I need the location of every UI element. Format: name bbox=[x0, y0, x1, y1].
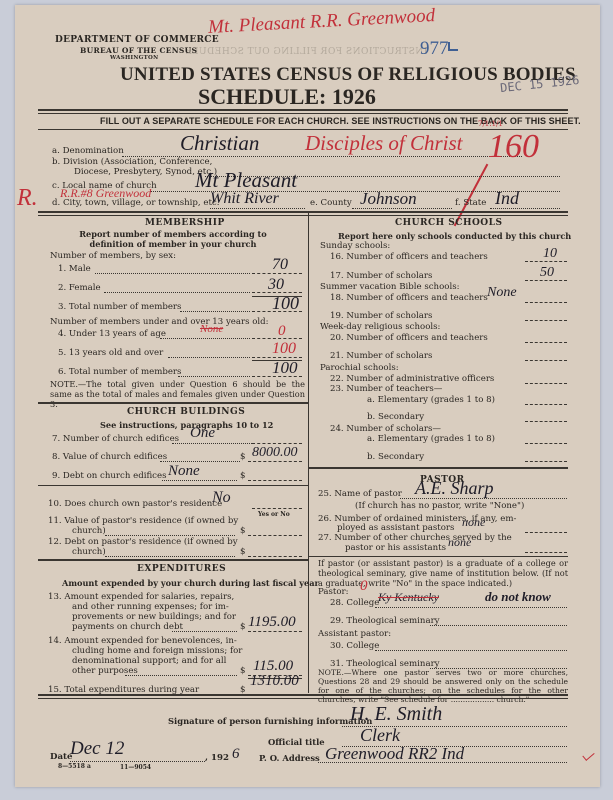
q16-value: 10 bbox=[543, 246, 557, 262]
q9-field[interactable] bbox=[248, 480, 302, 481]
parochial-heading: Parochial schools: bbox=[320, 363, 399, 373]
q25-value: A.E. Sharp bbox=[415, 478, 494, 499]
q6-label: 6. Total number of members bbox=[58, 367, 181, 377]
q22-label: 22. Number of administrative officers bbox=[330, 374, 494, 384]
q12-leader bbox=[105, 556, 235, 557]
q12-label-1: 12. Debt on pastor's residence (if owned… bbox=[48, 537, 238, 547]
q27-label-2: pastor or his assistants bbox=[345, 543, 446, 553]
q10-value: No bbox=[212, 489, 231, 507]
q24a-field[interactable] bbox=[525, 443, 567, 444]
q27-label-1: 27. Number of other churches served by t… bbox=[318, 533, 512, 543]
graduate-rule bbox=[308, 556, 568, 557]
q12-field[interactable] bbox=[248, 556, 302, 557]
section-rule-pastor bbox=[308, 467, 568, 469]
q20-label: 20. Number of officers and teachers bbox=[330, 333, 488, 343]
q2-label: 2. Female bbox=[58, 283, 101, 293]
q28-field[interactable] bbox=[375, 607, 567, 608]
code-mark: 7/1:1/1 bbox=[478, 120, 503, 128]
city-label: d. City, town, village, or township, etc… bbox=[52, 198, 219, 208]
q10-label: 10. Does church own pastor's residence bbox=[48, 499, 222, 509]
q26-value: none bbox=[462, 515, 485, 530]
q8-leader bbox=[160, 461, 240, 462]
official-title-value: Clerk bbox=[360, 725, 400, 746]
q11-leader bbox=[105, 535, 235, 536]
q9-currency: $ bbox=[240, 471, 245, 481]
q9-value: None bbox=[168, 463, 200, 480]
q9-leader bbox=[162, 480, 237, 481]
q24-label: 24. Number of scholars— bbox=[330, 424, 441, 434]
bureau-label: BUREAU OF THE CENSUS bbox=[80, 46, 197, 55]
q13-line-1: 13. Amount expended for salaries, repair… bbox=[48, 592, 234, 602]
q14-line-3: denominational support; and for all bbox=[72, 656, 226, 666]
q22-field[interactable] bbox=[525, 383, 567, 384]
q27-value: none bbox=[448, 535, 471, 550]
county-value: Johnson bbox=[360, 189, 417, 209]
q1-label: 1. Male bbox=[58, 264, 91, 274]
department-label: DEPARTMENT OF COMMERCE bbox=[55, 35, 219, 45]
red-tally-number: 160 bbox=[488, 128, 539, 166]
q28-crossed-value: Ky Kentucky bbox=[378, 590, 439, 605]
church-buildings-subtitle: See instructions, paragraphs 10 to 12 bbox=[100, 420, 273, 430]
q4-leader bbox=[160, 338, 250, 339]
q13-currency: $ bbox=[240, 622, 245, 632]
q10-field[interactable] bbox=[252, 508, 302, 509]
q25-hint: (If church has no pastor, write "None") bbox=[355, 501, 524, 511]
q18-label: 18. Number of officers and teachers bbox=[330, 293, 488, 303]
q20-field[interactable] bbox=[525, 342, 567, 343]
q28-label: 28. College bbox=[330, 598, 379, 608]
q23a-label: a. Elementary (grades 1 to 8) bbox=[367, 395, 495, 405]
form-code-2: 11—9054 bbox=[120, 764, 151, 771]
instruction-banner: FILL OUT A SEPARATE SCHEDULE FOR EACH CH… bbox=[100, 116, 581, 126]
q25-label: 25. Name of pastor bbox=[318, 489, 402, 499]
q1-leader bbox=[95, 273, 250, 274]
q4-crossed-value: None bbox=[200, 323, 223, 335]
state-value: Ind bbox=[495, 188, 519, 209]
q4-field[interactable] bbox=[252, 338, 302, 339]
buildings-rule bbox=[38, 485, 308, 486]
q11-currency: $ bbox=[240, 526, 245, 536]
sunday-heading: Sunday schools: bbox=[320, 241, 390, 251]
check-mark-icon bbox=[448, 42, 458, 51]
denomination-label: a. Denomination bbox=[52, 146, 124, 156]
q7-leader bbox=[172, 443, 252, 444]
q13-line-2: and other running expenses; for im- bbox=[72, 602, 229, 612]
q14-line-1: 14. Amount expended for benevolences, in… bbox=[48, 636, 237, 646]
q19-label: 19. Number of scholars bbox=[330, 311, 432, 321]
q19-field[interactable] bbox=[525, 320, 567, 321]
q29-label: 29. Theological seminary bbox=[330, 616, 440, 626]
graduate-note: If pastor (or assistant pastor) is a gra… bbox=[318, 558, 568, 588]
q4-value: 0 bbox=[278, 323, 286, 340]
q30-label: 30. College bbox=[330, 641, 379, 651]
q14-currency: $ bbox=[240, 666, 245, 676]
yes-no-hint: Yes or No bbox=[258, 511, 290, 518]
section-rule bbox=[38, 211, 568, 216]
q24a-label: a. Elementary (grades 1 to 8) bbox=[367, 434, 495, 444]
q28-value: do not know bbox=[485, 589, 551, 605]
city-label: WASHINGTON bbox=[110, 55, 158, 61]
county-label: e. County bbox=[310, 198, 352, 208]
q23-label: 23. Number of teachers— bbox=[330, 384, 442, 394]
q16-label: 16. Number of officers and teachers bbox=[330, 252, 488, 262]
pastor-heading: Pastor: bbox=[318, 587, 349, 597]
q8-currency: $ bbox=[240, 452, 245, 462]
q12-currency: $ bbox=[240, 547, 245, 557]
q9-label: 9. Debt on church edifices bbox=[52, 471, 166, 481]
q5-label: 5. 13 years old and over bbox=[58, 348, 163, 358]
date-field[interactable] bbox=[70, 761, 205, 762]
q26-label-2: ployed as assistant pastors bbox=[337, 523, 454, 533]
weekday-heading: Week-day religious schools: bbox=[320, 322, 440, 332]
assistant-heading: Assistant pastor: bbox=[318, 629, 391, 639]
q4-label: 4. Under 13 years of age bbox=[58, 329, 166, 339]
q3-leader bbox=[180, 311, 250, 312]
q1-value: 70 bbox=[272, 256, 288, 274]
q2-value: 30 bbox=[268, 276, 284, 294]
form-code-1: 8—5518 a bbox=[58, 763, 91, 770]
q13-line-4: payments on church debt bbox=[72, 622, 183, 632]
church-schools-subtitle: Report here only schools conducted by th… bbox=[338, 231, 571, 241]
q11-label-2: church) bbox=[72, 526, 106, 536]
expenditures-title: EXPENDITURES bbox=[137, 564, 226, 574]
church-buildings-title: CHURCH BUILDINGS bbox=[127, 407, 245, 417]
form-number: 977 bbox=[420, 38, 449, 60]
state-field[interactable] bbox=[490, 208, 560, 209]
q17-value: 50 bbox=[540, 265, 554, 281]
bleed-through-text: INSTRUCTIONS FOR FILLING OUT SCHEDULE bbox=[185, 47, 427, 57]
q21-field[interactable] bbox=[525, 360, 567, 361]
header-rule bbox=[38, 109, 568, 114]
q24b-field[interactable] bbox=[525, 461, 567, 462]
q23b-label: b. Secondary bbox=[367, 412, 424, 422]
membership-title: MEMBERSHIP bbox=[145, 218, 225, 228]
denomination-value-red: Disciples of Christ bbox=[305, 131, 463, 156]
q14-line-2: cluding home and foreign missions; for bbox=[72, 646, 242, 656]
q11-field[interactable] bbox=[248, 535, 302, 536]
address-value: Greenwood RR2 Ind bbox=[325, 744, 464, 764]
q26-field[interactable] bbox=[525, 532, 567, 533]
section-rule-expenditures bbox=[38, 559, 308, 561]
denomination-value: Christian bbox=[180, 131, 259, 156]
membership-note: NOTE.—The total given under Question 6 s… bbox=[50, 379, 305, 409]
q23b-field[interactable] bbox=[525, 421, 567, 422]
city-field[interactable] bbox=[210, 208, 305, 209]
q29-field[interactable] bbox=[430, 625, 567, 626]
q21-label: 21. Number of scholars bbox=[330, 351, 432, 361]
q18-value: None bbox=[487, 285, 517, 301]
date-value: Dec 12 bbox=[70, 738, 124, 760]
q13-field[interactable] bbox=[248, 631, 302, 632]
q24b-label: b. Secondary bbox=[367, 452, 424, 462]
q13-leader bbox=[172, 631, 237, 632]
q17-label: 17. Number of scholars bbox=[330, 271, 432, 281]
q13-line-3: provements or new buildings; and for bbox=[72, 612, 236, 622]
church-schools-title: CHURCH SCHOOLS bbox=[395, 218, 502, 228]
q15-value: 1310.00 bbox=[250, 673, 299, 690]
q7-field[interactable] bbox=[252, 443, 302, 444]
signature-value: H. E. Smith bbox=[350, 703, 442, 726]
q7-value: One bbox=[190, 425, 215, 442]
q8-field[interactable] bbox=[248, 461, 302, 462]
by-sex-heading: Number of members, by sex: bbox=[50, 251, 176, 261]
column-divider bbox=[308, 213, 309, 693]
q3-value: 100 bbox=[272, 293, 299, 314]
q5-value: 100 bbox=[272, 340, 296, 358]
q3-label: 3. Total number of members bbox=[58, 302, 181, 312]
q23a-field[interactable] bbox=[525, 404, 567, 405]
q11-label-1: 11. Value of pastor's residence (if owne… bbox=[48, 516, 238, 526]
by-age-heading: Number of members under and over 13 year… bbox=[50, 317, 269, 327]
margin-mark: R. bbox=[17, 185, 38, 212]
section-rule-buildings bbox=[38, 402, 308, 404]
q6-value: 100 bbox=[272, 358, 298, 378]
q14-leader bbox=[125, 675, 237, 676]
q7-label: 7. Number of church edifices bbox=[52, 434, 179, 444]
q5-leader bbox=[168, 357, 250, 358]
q30-field[interactable] bbox=[375, 650, 567, 651]
q8-label: 8. Value of church edifices bbox=[52, 452, 167, 462]
signature-label: Signature of person furnishing informati… bbox=[168, 716, 372, 726]
state-label: f. State bbox=[455, 198, 486, 208]
year-prefix: , 192 bbox=[205, 753, 229, 763]
year-suffix: 6 bbox=[232, 746, 240, 763]
q18-field[interactable] bbox=[525, 302, 567, 303]
q6-leader bbox=[178, 376, 250, 377]
q8-value: 8000.00 bbox=[252, 445, 298, 461]
official-title-label: Official title bbox=[268, 737, 325, 747]
footer-rule bbox=[38, 694, 568, 699]
expenditures-subtitle: Amount expended by your church during la… bbox=[62, 578, 319, 588]
division-label-1: b. Division (Association, Conference, bbox=[52, 157, 212, 167]
q13-value: 1195.00 bbox=[248, 614, 296, 631]
q12-label-2: church) bbox=[72, 547, 106, 557]
q27-field[interactable] bbox=[525, 552, 567, 553]
q2-leader bbox=[104, 292, 250, 293]
address-label: P. O. Address bbox=[259, 753, 320, 763]
q28-red-mark: 0 bbox=[360, 578, 368, 595]
schedule-title: SCHEDULE: 1926 bbox=[198, 84, 376, 110]
city-value: Whit River bbox=[210, 190, 279, 208]
membership-subtitle: Report number of members according to de… bbox=[58, 229, 288, 249]
summer-heading: Summer vacation Bible schools: bbox=[320, 282, 460, 292]
county-field[interactable] bbox=[352, 208, 452, 209]
